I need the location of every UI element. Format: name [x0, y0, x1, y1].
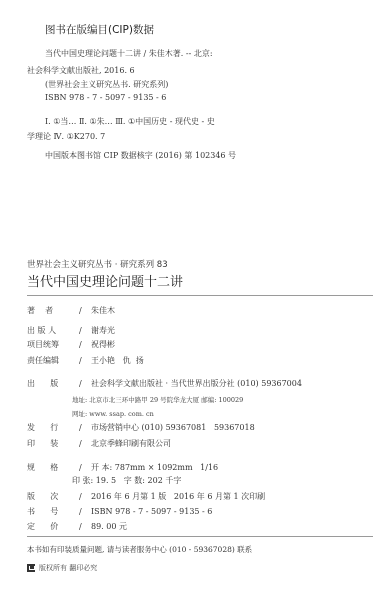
- publisher-logo-icon: [27, 564, 35, 572]
- cip-subject-1: Ⅰ. ①当… Ⅱ. ①朱… Ⅲ. ①中国历史 - 现代史 - 史: [45, 118, 215, 126]
- credit-value: 朱佳木: [91, 307, 115, 315]
- separator: /: [79, 493, 91, 501]
- credit-value: 王小艳 仇 扬: [91, 357, 144, 365]
- credit-value: 祝得彬: [91, 341, 115, 349]
- separator: /: [79, 464, 91, 472]
- credit-project-lead: 项目统筹 / 祝得彬: [27, 341, 115, 349]
- credit-label: 出 版 人: [27, 327, 79, 335]
- distribution-row: 发 行 / 市场营销中心 (010) 59367081 59367018: [27, 424, 255, 432]
- format-label: 规 格: [27, 464, 79, 472]
- isbn-row: 书 号 / ISBN 978 - 7 - 5097 - 9135 - 6: [27, 508, 212, 516]
- publisher-value: 社会科学文献出版社 · 当代世界出版分社 (010) 59367004: [91, 380, 302, 388]
- separator: /: [79, 440, 91, 448]
- cip-subject-2: 学理论 Ⅳ. ①K270. 7: [27, 133, 105, 141]
- credit-author: 著 者 / 朱佳木: [27, 307, 115, 315]
- price-row: 定 价 / 89. 00 元: [27, 523, 127, 531]
- footer-divider: [27, 536, 373, 537]
- credit-label: 著 者: [27, 307, 79, 315]
- credit-label: 项目统筹: [27, 341, 79, 349]
- publisher-website: 网址: www. ssap. com. cn: [72, 411, 154, 418]
- separator: /: [79, 327, 91, 335]
- edition-value: 2016 年 6 月第 1 版 2016 年 6 月第 1 次印刷: [91, 493, 265, 501]
- copyright-text: 版权所有 翻印必究: [39, 565, 97, 572]
- isbn-value: ISBN 978 - 7 - 5097 - 9135 - 6: [91, 508, 212, 516]
- publisher-row: 出 版 / 社会科学文献出版社 · 当代世界出版分社 (010) 5936700…: [27, 380, 302, 388]
- credit-label: 责任编辑: [27, 357, 79, 365]
- price-value: 89. 00 元: [91, 523, 127, 531]
- title-divider: [27, 295, 373, 296]
- distribution-value: 市场营销中心 (010) 59367081 59367018: [91, 424, 255, 432]
- separator: /: [79, 307, 91, 315]
- credit-publisher-head: 出 版 人 / 谢寿光: [27, 327, 115, 335]
- series-name: 世界社会主义研究丛书 · 研究系列 83: [27, 261, 168, 270]
- format-value: 开 本: 787mm × 1092mm 1/16: [91, 464, 218, 472]
- separator: /: [79, 424, 91, 432]
- printing-value: 北京季蜂印刷有限公司: [91, 440, 171, 448]
- cip-isbn: ISBN 978 - 7 - 5097 - 9135 - 6: [45, 94, 166, 102]
- separator: /: [79, 508, 91, 516]
- cip-record: 中国版本图书馆 CIP 数据核字 (2016) 第 102346 号: [45, 152, 236, 160]
- separator: /: [79, 380, 91, 388]
- cip-line-2: 社会科学文献出版社, 2016. 6: [27, 67, 135, 75]
- book-title: 当代中国史理论问题十二讲: [27, 276, 183, 289]
- isbn-label: 书 号: [27, 508, 79, 516]
- printing-row: 印 装 / 北京季蜂印刷有限公司: [27, 440, 171, 448]
- price-label: 定 价: [27, 523, 79, 531]
- credit-value: 谢寿光: [91, 327, 115, 335]
- publisher-label: 出 版: [27, 380, 79, 388]
- copyright-line: 版权所有 翻印必究: [27, 564, 97, 572]
- format-row: 规 格 / 开 本: 787mm × 1092mm 1/16: [27, 464, 218, 472]
- separator: /: [79, 341, 91, 349]
- separator: /: [79, 523, 91, 531]
- edition-row: 版 次 / 2016 年 6 月第 1 版 2016 年 6 月第 1 次印刷: [27, 493, 265, 501]
- cip-heading: 图书在版编目(CIP)数据: [45, 25, 154, 36]
- sheets-info: 印 张: 19. 5 字 数: 202 千字: [72, 477, 181, 485]
- cip-line-1: 当代中国史理论问题十二讲 / 朱佳木著. -- 北京:: [45, 50, 213, 58]
- separator: /: [79, 357, 91, 365]
- distribution-label: 发 行: [27, 424, 79, 432]
- quality-notice: 本书如有印装质量问题, 请与读者服务中心 (010 - 59367028) 联系: [27, 546, 252, 554]
- cip-line-3: (世界社会主义研究丛书. 研究系列): [45, 81, 168, 89]
- edition-label: 版 次: [27, 493, 79, 501]
- printing-label: 印 装: [27, 440, 79, 448]
- publisher-address: 地址: 北京市北三环中路甲 29 号院华龙大厦 邮编: 100029: [72, 397, 243, 404]
- credit-editor: 责任编辑 / 王小艳 仇 扬: [27, 357, 144, 365]
